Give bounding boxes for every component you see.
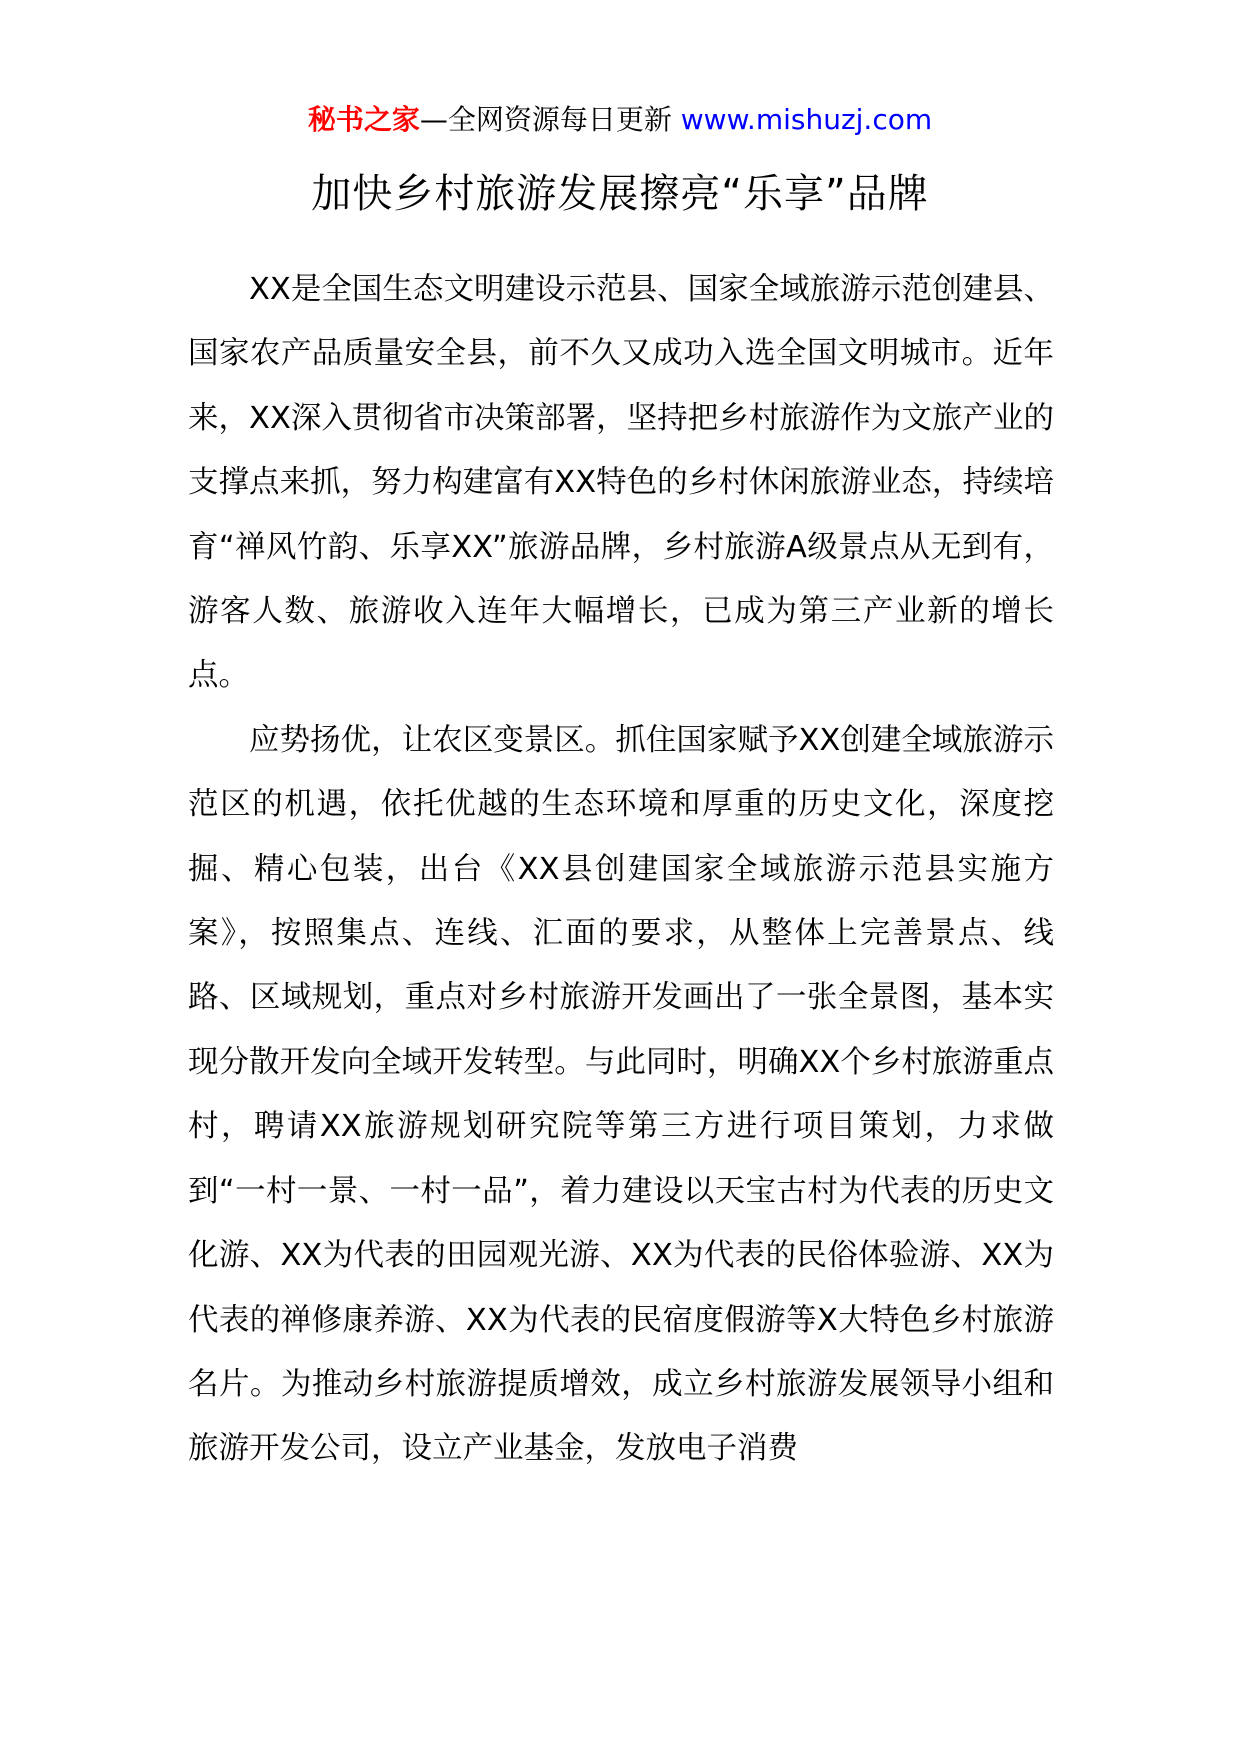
site-tagline: —全网资源每日更新 [420, 103, 681, 136]
paragraph: XX是全国生态文明建设示范县、国家全域旅游示范创建县、国家农产品质量安全县，前不… [188, 258, 1054, 709]
document-page: 秘书之家—全网资源每日更新 www.mishuzj.com 加快乡村旅游发展擦亮… [0, 0, 1240, 1754]
site-brand: 秘书之家 [308, 103, 420, 136]
site-banner: 秘书之家—全网资源每日更新 www.mishuzj.com [0, 100, 1240, 140]
site-url-link[interactable]: www.mishuzj.com [681, 103, 932, 136]
paragraph: 应势扬优，让农区变景区。抓住国家赋予XX创建全域旅游示范区的机遇，依托优越的生态… [188, 709, 1054, 1482]
document-body: XX是全国生态文明建设示范县、国家全域旅游示范创建县、国家农产品质量安全县，前不… [188, 258, 1054, 1482]
document-title: 加快乡村旅游发展擦亮“乐享”品牌 [0, 166, 1240, 222]
